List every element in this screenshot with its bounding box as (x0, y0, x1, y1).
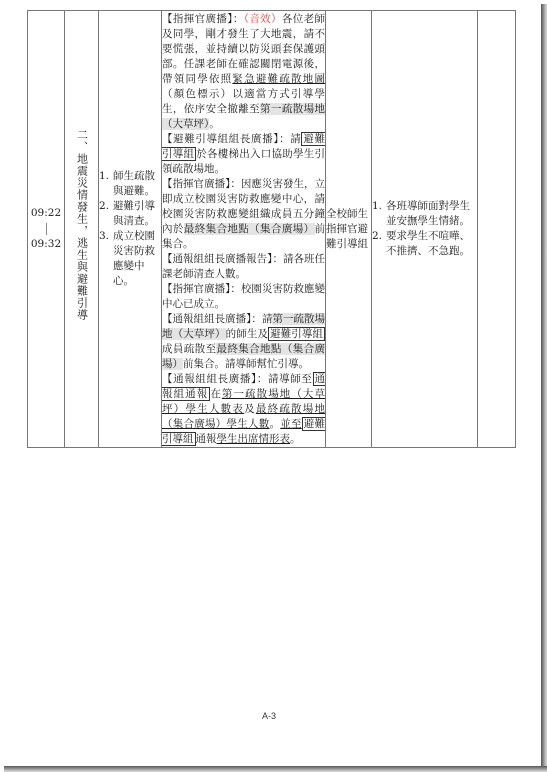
phase-title: 二、地震災情發生，逃生與避難引導 (75, 129, 89, 329)
broadcast-paragraph: 【指揮官廣播】：校園災害防救應變中心已成立。 (162, 282, 325, 312)
phase-cell: 二、地震災情發生，逃生與避難引導 (65, 11, 99, 448)
broadcast-paragraph: 【指揮官廣播】：因應災害發生，立即成立校園災害防救應變中心，請校園災害防救應變組… (162, 177, 325, 252)
remarks-cell (478, 11, 516, 448)
participants-cell: 全校師生指揮官避難引導組 (326, 11, 372, 448)
table-row: 09:22 09:32 二、地震災情發生，逃生與避難引導 1.師生疏散與避難。 … (28, 11, 516, 448)
time-end: 09:32 (31, 238, 61, 250)
page-shadow-right (541, 4, 547, 772)
time-cell: 09:22 09:32 (28, 11, 65, 448)
notes-cell: 1.各班導師面對學生並安撫學生情緒。 2.要求學生不喧嘩、不推擠、不急跑。 (372, 11, 478, 448)
list-item: 2.避難引導與清查。 (99, 199, 161, 229)
content-cell: 【指揮官廣播】：（音效）各位老師及同學，剛才發生了大地震，請不要慌張，並持續以防… (162, 11, 326, 448)
drill-schedule-table: 09:22 09:32 二、地震災情發生，逃生與避難引導 1.師生疏散與避難。 … (27, 10, 516, 448)
goals-list: 1.師生疏散與避難。 2.避難引導與清查。 3.成立校園災害防救應變中心。 (99, 169, 161, 289)
page-shadow-bottom (4, 766, 547, 772)
list-item: 3.成立校園災害防救應變中心。 (99, 229, 161, 289)
participants-text: 全校師生指揮官避難引導組 (326, 208, 368, 250)
notes-list: 1.各班導師面對學生並安撫學生情緒。 2.要求學生不喧嘩、不推擠、不急跑。 (372, 199, 477, 259)
broadcast-paragraph: 【通報組組長廣播報告】：請各班任課老師清查人數。 (162, 252, 325, 282)
sound-effect-note: （音效） (244, 13, 282, 25)
goals-cell: 1.師生疏散與避難。 2.避難引導與清查。 3.成立校園災害防救應變中心。 (99, 11, 162, 448)
list-item: 2.要求學生不喧嘩、不推擠、不急跑。 (372, 229, 477, 259)
time-start: 09:22 (31, 207, 61, 219)
page-number: A-3 (262, 711, 276, 721)
broadcast-paragraph: 【通報組組長廣播】：請導師至通報組通報在第一疏散場地（大草坪）學生人數表及最終疏… (162, 372, 325, 447)
document-page: 09:22 09:32 二、地震災情發生，逃生與避難引導 1.師生疏散與避難。 … (0, 0, 541, 766)
list-item: 1.各班導師面對學生並安撫學生情緒。 (372, 199, 477, 229)
broadcast-paragraph: 【指揮官廣播】：（音效）各位老師及同學，剛才發生了大地震，請不要慌張，並持續以防… (162, 12, 325, 132)
list-item: 1.師生疏散與避難。 (99, 169, 161, 199)
broadcast-paragraph: 【通報組組長廣播】：請第一疏散場地（大草坪）的師生及避難引導組成員疏散至最終集合… (162, 312, 325, 372)
broadcast-paragraph: 【避難引導組組長廣播】：請避難引導組於各樓梯出入口協助學生引領疏散場地。 (162, 132, 325, 177)
time-range-divider (46, 223, 47, 235)
